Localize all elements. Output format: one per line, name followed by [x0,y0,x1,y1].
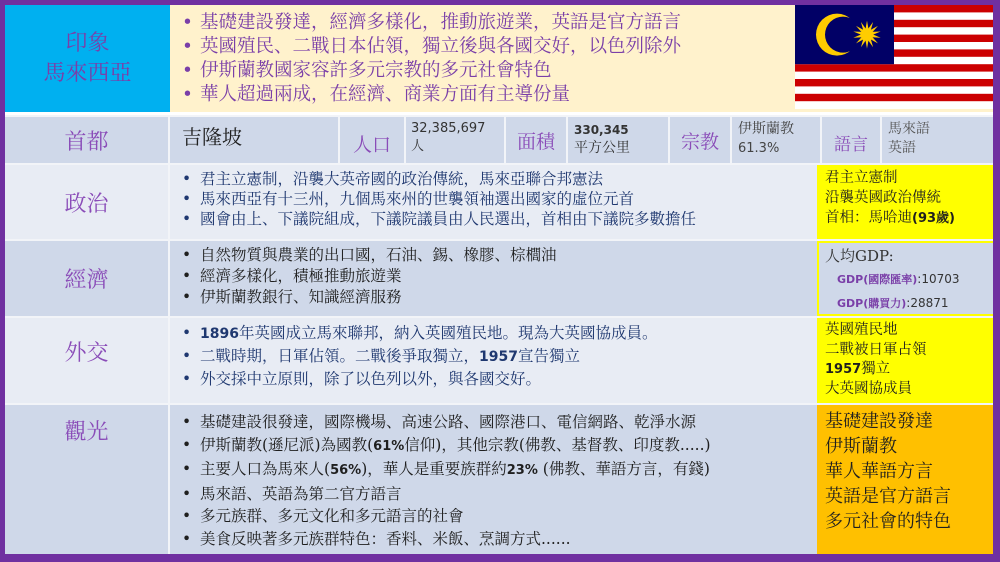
gdp-nominal-label: GDP(國際匯率) [837,273,917,286]
language-value: 馬來語 英語 [882,117,993,163]
area-value: 330,345 平方公里 [568,117,670,163]
economy-content: 自然物質與農業的出口國，石油、錫、橡膠、棕櫚油 經濟多樣化，積極推動旅遊業 伊斯… [170,241,817,316]
impression-bullet: 伊斯蘭教國家容許多元宗教的多元社會特色 [174,59,795,83]
gdp-ppp-value: :28871 [906,296,948,310]
area-label: 面積 [506,117,568,163]
economy-row: 經濟 自然物質與農業的出口國，石油、錫、橡膠、棕櫚油 經濟多樣化，積極推動旅遊業… [5,239,993,316]
tourism-bullet: 馬來語、英語為第二官方語言 [174,483,817,506]
impression-bullet: 基礎建設發達，經濟多樣化，推動旅遊業，英語是官方語言 [174,11,795,35]
tourism-content: 基礎建設很發達，國際機場、高速公路、國際港口、電信網路、乾淨水源 伊斯蘭教(遜尼… [170,405,817,554]
politics-bullets: 君主立憲制，沿襲大英帝國的政治傳統，馬來亞聯合邦憲法 馬來西亞有十三州，九個馬來… [174,169,817,229]
economy-bullet: 經濟多樣化，積極推動旅遊業 [174,266,817,287]
diplomacy-summary-line: 1957獨立 [825,360,993,380]
economy-bullets: 自然物質與農業的出口國，石油、錫、橡膠、棕櫚油 經濟多樣化，積極推動旅遊業 伊斯… [174,245,817,308]
tourism-bullets: 基礎建設很發達，國際機場、高速公路、國際港口、電信網路、乾淨水源 伊斯蘭教(遜尼… [174,411,817,550]
population-number: 32,385,697 [411,120,504,138]
politics-content: 君主立憲制，沿襲大英帝國的政治傳統，馬來亞聯合邦憲法 馬來西亞有十三州，九個馬來… [170,165,817,239]
impression-bullet: 英國殖民、二戰日本佔領，獨立後與各國交好，以色列除外 [174,35,795,59]
impression-title: 印象 馬來西亞 [5,5,170,112]
language-2: 英語 [888,139,993,158]
diplomacy-row: 外交 1896年英國成立馬來聯邦，納入英國殖民地。現為大英國協成員。 二戰時期，… [5,316,993,403]
gdp-nominal: GDP(國際匯率):10703 [825,267,993,292]
economy-bullet: 伊斯蘭教銀行、知識經濟服務 [174,287,817,308]
impression-title-line1: 印象 [65,29,109,59]
capital-value: 吉隆坡 [170,117,340,163]
politics-bullet: 國會由上、下議院組成，下議院議員由人民選出，首相由下議院多數擔任 [174,209,817,229]
tourism-bullet: 基礎建設很發達，國際機場、高速公路、國際港口、電信網路、乾淨水源 [174,411,817,434]
diplomacy-summary-line: 大英國協成員 [825,380,993,400]
diplomacy-summary-line: 英國殖民地 [825,321,993,341]
politics-summary: 君主立憲制 沿襲英國政治傳統 首相：馬哈迪(93歲) [817,165,993,239]
diplomacy-content: 1896年英國成立馬來聯邦，納入英國殖民地。現為大英國協成員。 二戰時期，日軍佔… [170,318,817,403]
diplomacy-label: 外交 [5,318,170,403]
capital-label: 首都 [5,117,170,163]
politics-summary-line: 首相：馬哈迪(93歲) [825,208,993,229]
language-1: 馬來語 [888,120,993,139]
tourism-bullet: 主要人口為馬來人(56%)，華人是重要族群約23% (佛教、華語方言，有錢) [174,458,817,483]
diplomacy-bullet: 1896年英國成立馬來聯邦，納入英國殖民地。現為大英國協成員。 [174,322,817,345]
population-unit: 人 [411,138,504,156]
diplomacy-bullet: 二戰時期，日軍佔領。二戰後爭取獨立，1957宣告獨立 [174,345,817,368]
religion-name: 伊斯蘭教 [738,120,820,139]
tourism-row: 觀光 基礎建設很發達，國際機場、高速公路、國際港口、電信網路、乾淨水源 伊斯蘭教… [5,403,993,554]
politics-bullet: 馬來西亞有十三州，九個馬來州的世襲領袖選出國家的虛位元首 [174,189,817,209]
religion-percent: 61.3% [738,139,820,158]
impression-bullets: 基礎建設發達，經濟多樣化，推動旅遊業，英語是官方語言 英國殖民、二戰日本佔領，獨… [174,11,795,107]
diplomacy-summary: 英國殖民地 二戰被日軍占領 1957獨立 大英國協成員 [817,318,993,403]
tourism-summary-line: 英語是官方語言 [825,484,993,509]
area-number: 330,345 [574,121,668,139]
diplomacy-bullet: 外交採中立原則，除了以色列以外，與各國交好。 [174,368,817,390]
tourism-summary-line: 伊斯蘭教 [825,434,993,459]
population-value: 32,385,697 人 [406,117,506,163]
impression-title-line2: 馬來西亞 [43,59,131,89]
gdp-nominal-value: :10703 [917,272,959,286]
economy-label: 經濟 [5,241,170,316]
tourism-summary-line: 華人華語方言 [825,459,993,484]
malaysia-flag [795,5,993,112]
politics-summary-age: (93歲) [912,211,955,226]
gdp-ppp-label: GDP(購買力) [837,297,906,310]
tourism-label: 觀光 [5,405,170,554]
tourism-bullet: 多元族群、多元文化和多元語言的社會 [174,505,817,528]
religion-value: 伊斯蘭教 61.3% [732,117,822,163]
politics-label: 政治 [5,165,170,239]
tourism-summary-line: 多元社會的特色 [825,509,993,534]
politics-summary-line: 沿襲英國政治傳統 [825,188,993,208]
impression-panel: 基礎建設發達，經濟多樣化，推動旅遊業，英語是官方語言 英國殖民、二戰日本佔領，獨… [170,5,795,112]
malaysia-summary-slide: 印象 馬來西亞 基礎建設發達，經濟多樣化，推動旅遊業，英語是官方語言 英國殖民、… [5,5,993,554]
tourism-bullet: 美食反映著多元族群特色：香料、米飯、烹調方式...... [174,528,817,551]
diplomacy-bullets: 1896年英國成立馬來聯邦，納入英國殖民地。現為大英國協成員。 二戰時期，日軍佔… [174,322,817,390]
gdp-title: 人均GDP: [825,245,993,267]
tourism-bullet: 伊斯蘭教(遜尼派)為國教(61%信仰)，其他宗教(佛教、基督教、印度教.....… [174,434,817,459]
tourism-summary-line: 基礎建設發達 [825,409,993,434]
gdp-ppp: GDP(購買力):28871 [825,292,993,315]
economy-summary: 人均GDP: GDP(國際匯率):10703 GDP(購買力):28871 [817,241,993,316]
politics-bullet: 君主立憲制，沿襲大英帝國的政治傳統，馬來亞聯合邦憲法 [174,169,817,189]
population-label: 人口 [340,117,406,163]
religion-label: 宗教 [670,117,732,163]
impression-bullet: 華人超過兩成，在經濟、商業方面有主導份量 [174,83,795,107]
malaysia-flag-icon [795,5,993,109]
politics-row: 政治 君主立憲制，沿襲大英帝國的政治傳統，馬來亞聯合邦憲法 馬來西亞有十三州，九… [5,163,993,239]
facts-row: 首都 吉隆坡 人口 32,385,697 人 面積 330,345 平方公里 宗… [5,115,993,163]
tourism-summary: 基礎建設發達 伊斯蘭教 華人華語方言 英語是官方語言 多元社會的特色 [817,405,993,554]
economy-bullet: 自然物質與農業的出口國，石油、錫、橡膠、棕櫚油 [174,245,817,266]
language-label: 語言 [822,117,882,163]
politics-summary-line: 君主立憲制 [825,168,993,188]
diplomacy-summary-line: 二戰被日軍占領 [825,341,993,361]
area-unit: 平方公里 [574,139,668,157]
